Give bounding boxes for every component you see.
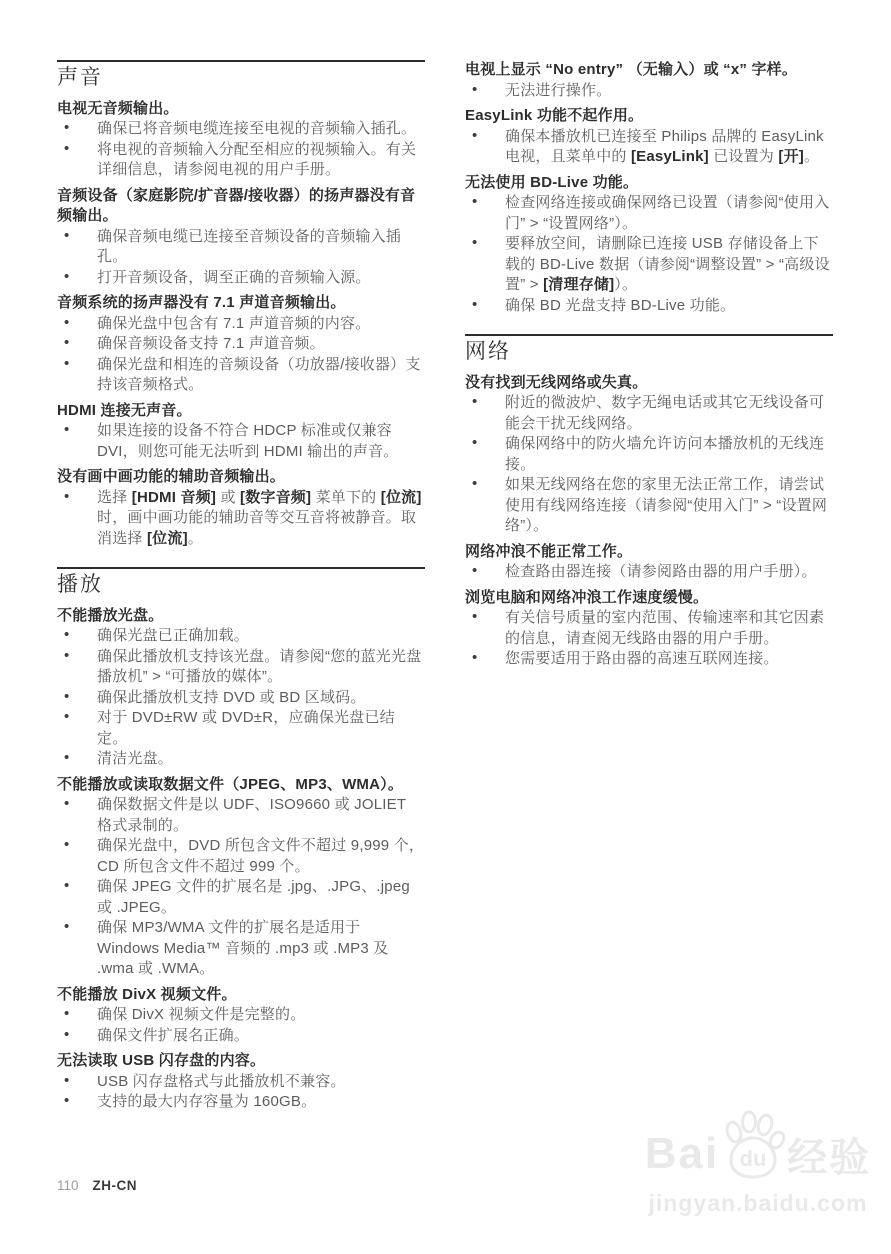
issue-block: 音频系统的扬声器没有 7.1 声道音频输出。 • 确保光盘中包含有 7.1 声道… [57, 293, 425, 396]
tip-text: 确保音频电缆已连接至音频设备的音频输入插孔。 [97, 228, 401, 266]
tip-text: 选择 [HDMI 音频] 或 [数字音频] 菜单下的 [位流] 时，画中画功能的… [97, 489, 422, 547]
tip-item: • 确保此播放机支持 DVD 或 BD 区域码。 [57, 688, 425, 709]
issue-heading: 音频系统的扬声器没有 7.1 声道音频输出。 [57, 293, 425, 314]
language-code: ZH-CN [93, 1178, 138, 1193]
tip-item: • 如果无线网络在您的家里无法正常工作，请尝试使用有线网络连接（请参阅“使用入门… [465, 475, 833, 537]
bullet-icon: • [64, 420, 69, 441]
section-title: 声音 [57, 68, 425, 89]
issue-block: 网络冲浪不能正常工作。 • 检查路由器连接（请参阅路由器的用户手册）。 [465, 542, 833, 583]
tip-item: • 确保音频电缆已连接至音频设备的音频输入插孔。 [57, 227, 425, 268]
tips-list: • 选择 [HDMI 音频] 或 [数字音频] 菜单下的 [位流] 时，画中画功… [57, 488, 425, 550]
tip-item: • 确保网络中的防火墙允许访问本播放机的无线连接。 [465, 434, 833, 475]
bullet-icon: • [472, 607, 477, 628]
issue-block: HDMI 连接无声音。 • 如果连接的设备不符合 HDCP 标准或仅兼容 DVI… [57, 401, 425, 463]
tip-text: 有关信号质量的室内范围、传输速率和其它因素的信息，请查阅无线路由器的用户手册。 [505, 609, 824, 647]
tip-item: • 确保音频设备支持 7.1 声道音频。 [57, 334, 425, 355]
issue-heading: HDMI 连接无声音。 [57, 401, 425, 422]
section-body: 电视无音频输出。 • 确保已将音频电缆连接至电视的音频输入插孔。 • 将电视的音… [57, 99, 425, 550]
watermark-url: jingyan.baidu.com [626, 1190, 890, 1217]
issue-block: 没有画中画功能的辅助音频输出。 • 选择 [HDMI 音频] 或 [数字音频] … [57, 467, 425, 549]
tip-item: • 确保此播放机支持该光盘。请参阅“您的蓝光光盘播放机” > “可播放的媒体”。 [57, 647, 425, 688]
tip-item: • 确保数据文件是以 UDF、ISO9660 或 JOLIET 格式录制的。 [57, 795, 425, 836]
tip-item: • 将电视的音频输入分配至相应的视频输入。有关详细信息，请参阅电视的用户手册。 [57, 140, 425, 181]
tip-text: 检查网络连接或确保网络已设置（请参阅“使用入门” > “设置网络”）。 [505, 194, 829, 232]
bullet-icon: • [64, 118, 69, 139]
tips-list: • 如果连接的设备不符合 HDCP 标准或仅兼容 DVI，则您可能无法听到 HD… [57, 421, 425, 462]
tip-text: 确保光盘中包含有 7.1 声道音频的内容。 [97, 315, 370, 332]
bullet-icon: • [64, 1091, 69, 1112]
issue-block: 不能播放 DivX 视频文件。 • 确保 DivX 视频文件是完整的。 • 确保… [57, 985, 425, 1047]
tip-text: 您需要适用于路由器的高速互联网连接。 [505, 650, 779, 667]
tip-text: 打开音频设备，调至正确的音频输入源。 [97, 269, 371, 286]
tips-list: • 确保光盘中包含有 7.1 声道音频的内容。 • 确保音频设备支持 7.1 声… [57, 314, 425, 396]
issue-block: 无法使用 BD-Live 功能。 • 检查网络连接或确保网络已设置（请参阅“使用… [465, 173, 833, 317]
bullet-icon: • [64, 917, 69, 938]
bullet-icon: • [64, 313, 69, 334]
right-column: 电视上显示 “No entry” （无输入）或 “x” 字样。 • 无法进行操作… [465, 60, 833, 670]
tip-item: • 确保光盘中包含有 7.1 声道音频的内容。 [57, 314, 425, 335]
section-title: 播放 [57, 575, 425, 596]
bullet-icon: • [64, 354, 69, 375]
issue-block: 没有找到无线网络或失真。 • 附近的微波炉、数字无绳电话或其它无线设备可能会干扰… [465, 373, 833, 537]
tip-text: 确保音频设备支持 7.1 声道音频。 [97, 335, 325, 352]
tip-item: • 确保 DivX 视频文件是完整的。 [57, 1005, 425, 1026]
issue-block: 无法读取 USB 闪存盘的内容。 • USB 闪存盘格式与此播放机不兼容。 • … [57, 1051, 425, 1113]
section: 声音 电视无音频输出。 • 确保已将音频电缆连接至电视的音频输入插孔。 • 将电… [57, 60, 425, 549]
tip-text: 无法进行操作。 [505, 82, 611, 99]
issue-block: 音频设备（家庭影院/扩音器/接收器）的扬声器没有音频输出。 • 确保音频电缆已连… [57, 186, 425, 289]
issue-heading: 电视无音频输出。 [57, 99, 425, 120]
left-column: 声音 电视无音频输出。 • 确保已将音频电缆连接至电视的音频输入插孔。 • 将电… [57, 60, 425, 1113]
tip-item: • 确保文件扩展名正确。 [57, 1026, 425, 1047]
bullet-icon: • [472, 648, 477, 669]
issue-block: 电视上显示 “No entry” （无输入）或 “x” 字样。 • 无法进行操作… [465, 60, 833, 101]
tip-item: • USB 闪存盘格式与此播放机不兼容。 [57, 1072, 425, 1093]
tip-text: 确保 BD 光盘支持 BD-Live 功能。 [505, 297, 735, 314]
bullet-icon: • [64, 1025, 69, 1046]
tip-text: 对于 DVD±RW 或 DVD±R，应确保光盘已结定。 [97, 709, 395, 747]
tip-text: 确保此播放机支持该光盘。请参阅“您的蓝光光盘播放机” > “可播放的媒体”。 [97, 648, 421, 686]
issue-block: 不能播放光盘。 • 确保光盘已正确加载。 • 确保此播放机支持该光盘。请参阅“您… [57, 606, 425, 770]
issue-heading: 音频设备（家庭影院/扩音器/接收器）的扬声器没有音频输出。 [57, 186, 425, 227]
tip-text: 确保光盘已正确加载。 [97, 627, 249, 644]
issue-heading: EasyLink 功能不起作用。 [465, 106, 833, 127]
issue-heading: 不能播放或读取数据文件（JPEG、MP3、WMA）。 [57, 775, 425, 796]
tip-item: • 确保 JPEG 文件的扩展名是 .jpg、.JPG、.jpeg 或 .JPE… [57, 877, 425, 918]
tip-text: 确保网络中的防火墙允许访问本播放机的无线连接。 [505, 435, 824, 473]
tip-item: • 支持的最大内存容量为 160GB。 [57, 1092, 425, 1113]
section-body: 不能播放光盘。 • 确保光盘已正确加载。 • 确保此播放机支持该光盘。请参阅“您… [57, 606, 425, 1113]
tip-text: 确保 JPEG 文件的扩展名是 .jpg、.JPG、.jpeg 或 .JPEG。 [97, 878, 410, 916]
tips-list: • 确保本播放机已连接至 Philips 品牌的 EasyLink 电视，且菜单… [465, 127, 833, 168]
tips-list: • 检查网络连接或确保网络已设置（请参阅“使用入门” > “设置网络”）。 • … [465, 193, 833, 316]
issue-block: EasyLink 功能不起作用。 • 确保本播放机已连接至 Philips 品牌… [465, 106, 833, 168]
tip-text: 支持的最大内存容量为 160GB。 [97, 1093, 316, 1110]
bullet-icon: • [472, 80, 477, 101]
tip-item: • 检查网络连接或确保网络已设置（请参阅“使用入门” > “设置网络”）。 [465, 193, 833, 234]
watermark-logo-row: Bai du 经验 [626, 1118, 890, 1190]
bullet-icon: • [64, 625, 69, 646]
tip-item: • 选择 [HDMI 音频] 或 [数字音频] 菜单下的 [位流] 时，画中画功… [57, 488, 425, 550]
tips-list: • 附近的微波炉、数字无绳电话或其它无线设备可能会干扰无线网络。 • 确保网络中… [465, 393, 833, 537]
tip-item: • 确保已将音频电缆连接至电视的音频输入插孔。 [57, 119, 425, 140]
tips-list: • 检查路由器连接（请参阅路由器的用户手册）。 [465, 562, 833, 583]
tip-text: 确保已将音频电缆连接至电视的音频输入插孔。 [97, 120, 416, 137]
watermark-du-text: du [740, 1146, 767, 1171]
watermark-bai-text: Bai [645, 1129, 719, 1179]
tip-text: 确保数据文件是以 UDF、ISO9660 或 JOLIET 格式录制的。 [97, 796, 406, 834]
watermark-jingyan-text: 经验 [787, 1126, 871, 1183]
tip-item: • 确保光盘中，DVD 所包含文件不超过 9,999 个，CD 所包含文件不超过… [57, 836, 425, 877]
bullet-icon: • [64, 139, 69, 160]
bullet-icon: • [472, 233, 477, 254]
tip-text: 确保 MP3/WMA 文件的扩展名是适用于 Windows Media™ 音频的… [97, 919, 388, 977]
bullet-icon: • [472, 126, 477, 147]
tip-item: • 确保本播放机已连接至 Philips 品牌的 EasyLink 电视，且菜单… [465, 127, 833, 168]
tips-list: • 确保已将音频电缆连接至电视的音频输入插孔。 • 将电视的音频输入分配至相应的… [57, 119, 425, 181]
section: 播放 不能播放光盘。 • 确保光盘已正确加载。 • 确保此播放机支持该光盘。请参… [57, 567, 425, 1113]
tip-item: • 清洁光盘。 [57, 749, 425, 770]
bullet-icon: • [64, 1004, 69, 1025]
issue-heading: 网络冲浪不能正常工作。 [465, 542, 833, 563]
bullet-icon: • [64, 646, 69, 667]
tip-text: 将电视的音频输入分配至相应的视频输入。有关详细信息，请参阅电视的用户手册。 [97, 141, 416, 179]
bullet-icon: • [64, 687, 69, 708]
issue-block: 浏览电脑和网络冲浪工作速度缓慢。 • 有关信号质量的室内范围、传输速率和其它因素… [465, 588, 833, 670]
tips-list: • 确保音频电缆已连接至音频设备的音频输入插孔。 • 打开音频设备，调至正确的音… [57, 227, 425, 289]
bullet-icon: • [64, 333, 69, 354]
tip-item: • 如果连接的设备不符合 HDCP 标准或仅兼容 DVI，则您可能无法听到 HD… [57, 421, 425, 462]
tip-item: • 确保光盘和相连的音频设备（功放器/接收器）支持该音频格式。 [57, 355, 425, 396]
tip-item: • 您需要适用于路由器的高速互联网连接。 [465, 649, 833, 670]
section: 网络 没有找到无线网络或失真。 • 附近的微波炉、数字无绳电话或其它无线设备可能… [465, 334, 833, 670]
bullet-icon: • [64, 794, 69, 815]
bullet-icon: • [64, 707, 69, 728]
bullet-icon: • [64, 835, 69, 856]
issue-heading: 没有找到无线网络或失真。 [465, 373, 833, 394]
tip-text: 确保光盘中，DVD 所包含文件不超过 9,999 个，CD 所包含文件不超过 9… [97, 837, 424, 875]
section: 电视上显示 “No entry” （无输入）或 “x” 字样。 • 无法进行操作… [465, 60, 833, 316]
tips-list: • 确保数据文件是以 UDF、ISO9660 或 JOLIET 格式录制的。 •… [57, 795, 425, 980]
issue-heading: 电视上显示 “No entry” （无输入）或 “x” 字样。 [465, 60, 833, 81]
bullet-icon: • [64, 267, 69, 288]
manual-page: 声音 电视无音频输出。 • 确保已将音频电缆连接至电视的音频输入插孔。 • 将电… [0, 0, 891, 1254]
tip-item: • 确保 MP3/WMA 文件的扩展名是适用于 Windows Media™ 音… [57, 918, 425, 980]
section-body: 没有找到无线网络或失真。 • 附近的微波炉、数字无绳电话或其它无线设备可能会干扰… [465, 373, 833, 670]
tip-text: 要释放空间，请删除已连接 USB 存储设备上下载的 BD-Live 数据（请参阅… [505, 235, 830, 293]
tips-list: • USB 闪存盘格式与此播放机不兼容。 • 支持的最大内存容量为 160GB。 [57, 1072, 425, 1113]
bullet-icon: • [472, 474, 477, 495]
page-number: 110 [57, 1178, 79, 1193]
tips-list: • 确保光盘已正确加载。 • 确保此播放机支持该光盘。请参阅“您的蓝光光盘播放机… [57, 626, 425, 770]
bullet-icon: • [64, 876, 69, 897]
issue-heading: 不能播放 DivX 视频文件。 [57, 985, 425, 1006]
tip-item: • 有关信号质量的室内范围、传输速率和其它因素的信息，请查阅无线路由器的用户手册… [465, 608, 833, 649]
tips-list: • 有关信号质量的室内范围、传输速率和其它因素的信息，请查阅无线路由器的用户手册… [465, 608, 833, 670]
tip-item: • 检查路由器连接（请参阅路由器的用户手册）。 [465, 562, 833, 583]
issue-block: 不能播放或读取数据文件（JPEG、MP3、WMA）。 • 确保数据文件是以 UD… [57, 775, 425, 980]
bullet-icon: • [64, 1071, 69, 1092]
issue-heading: 浏览电脑和网络冲浪工作速度缓慢。 [465, 588, 833, 609]
issue-block: 电视无音频输出。 • 确保已将音频电缆连接至电视的音频输入插孔。 • 将电视的音… [57, 99, 425, 181]
tip-text: 确保文件扩展名正确。 [97, 1027, 249, 1044]
bullet-icon: • [472, 295, 477, 316]
tip-item: • 打开音频设备，调至正确的音频输入源。 [57, 268, 425, 289]
tip-item: • 确保 BD 光盘支持 BD-Live 功能。 [465, 296, 833, 317]
tip-item: • 对于 DVD±RW 或 DVD±R，应确保光盘已结定。 [57, 708, 425, 749]
tip-item: • 确保光盘已正确加载。 [57, 626, 425, 647]
tip-item: • 无法进行操作。 [465, 81, 833, 102]
tip-text: 如果无线网络在您的家里无法正常工作，请尝试使用有线网络连接（请参阅“使用入门” … [505, 476, 827, 534]
issue-heading: 没有画中画功能的辅助音频输出。 [57, 467, 425, 488]
tip-text: 确保 DivX 视频文件是完整的。 [97, 1006, 305, 1023]
bullet-icon: • [64, 487, 69, 508]
tip-text: 清洁光盘。 [97, 750, 173, 767]
tip-text: 确保光盘和相连的音频设备（功放器/接收器）支持该音频格式。 [97, 356, 421, 394]
tips-list: • 无法进行操作。 [465, 81, 833, 102]
baidu-jingyan-watermark: Bai du 经验 jingyan.baidu.com [626, 1118, 890, 1217]
tip-text: 确保此播放机支持 DVD 或 BD 区域码。 [97, 689, 366, 706]
issue-heading: 不能播放光盘。 [57, 606, 425, 627]
section-body: 电视上显示 “No entry” （无输入）或 “x” 字样。 • 无法进行操作… [465, 60, 833, 316]
baidu-paw-icon: du [720, 1110, 786, 1182]
bullet-icon: • [64, 748, 69, 769]
bullet-icon: • [472, 433, 477, 454]
tip-text: 检查路由器连接（请参阅路由器的用户手册）。 [505, 563, 817, 580]
tip-text: USB 闪存盘格式与此播放机不兼容。 [97, 1073, 346, 1090]
tip-item: • 附近的微波炉、数字无绳电话或其它无线设备可能会干扰无线网络。 [465, 393, 833, 434]
bullet-icon: • [472, 192, 477, 213]
bullet-icon: • [64, 226, 69, 247]
tip-text: 附近的微波炉、数字无绳电话或其它无线设备可能会干扰无线网络。 [505, 394, 824, 432]
issue-heading: 无法读取 USB 闪存盘的内容。 [57, 1051, 425, 1072]
bullet-icon: • [472, 561, 477, 582]
bullet-icon: • [472, 392, 477, 413]
tip-item: • 要释放空间，请删除已连接 USB 存储设备上下载的 BD-Live 数据（请… [465, 234, 833, 296]
tip-text: 确保本播放机已连接至 Philips 品牌的 EasyLink 电视，且菜单中的… [505, 128, 824, 166]
tips-list: • 确保 DivX 视频文件是完整的。 • 确保文件扩展名正确。 [57, 1005, 425, 1046]
issue-heading: 无法使用 BD-Live 功能。 [465, 173, 833, 194]
page-footer: 110ZH-CN [57, 1178, 137, 1193]
tip-text: 如果连接的设备不符合 HDCP 标准或仅兼容 DVI，则您可能无法听到 HDMI… [97, 422, 398, 460]
section-title: 网络 [465, 342, 833, 363]
